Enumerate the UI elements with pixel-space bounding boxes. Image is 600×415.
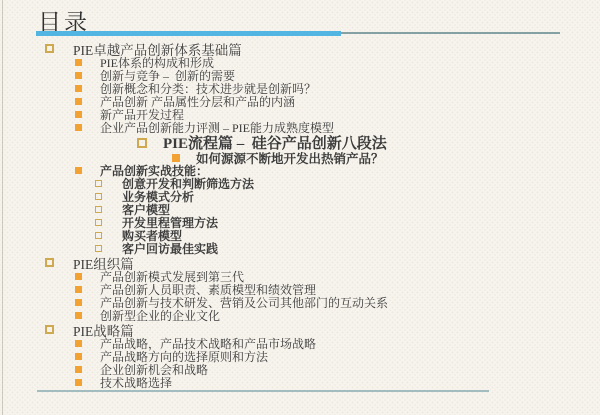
toc-item-text: 客户回访最佳实践 [122,240,218,257]
toc-item-text: 技术战略选择 [100,374,172,391]
square-bullet-icon [95,219,102,226]
square-bullet-icon [75,85,82,92]
square-bullet-icon [45,44,54,53]
square-bullet-icon [75,340,82,347]
toc-item: 业务模式分析 [95,190,600,203]
square-bullet-icon [95,232,102,239]
square-bullet-icon [45,258,54,267]
slide-canvas: 目录 PIE卓越产品创新体系基础篇 PIE体系的构成和形成 创新与竞争 – 创新… [0,0,600,415]
square-bullet-icon [75,98,82,105]
square-bullet-icon [75,366,82,373]
square-bullet-icon [75,273,82,280]
square-bullet-icon [75,379,82,386]
footer-rule [37,390,489,392]
square-bullet-icon [75,124,82,131]
square-bullet-icon [172,154,180,162]
toc-list: PIE卓越产品创新体系基础篇 PIE体系的构成和形成 创新与竞争 – 创新的需要… [0,41,600,389]
toc-item: 客户回访最佳实践 [95,242,600,255]
square-bullet-icon [75,299,82,306]
square-bullet-icon [75,286,82,293]
square-bullet-icon [95,245,102,252]
square-bullet-icon [75,111,82,118]
square-bullet-icon [75,167,82,174]
title-underline-accent [36,31,341,36]
toc-item-text: 如何源源不断地开发出热销产品？ [196,149,384,167]
square-bullet-icon [95,206,102,213]
title-underline-rule [341,32,560,34]
toc-item: 技术战略选择 [75,376,600,389]
square-bullet-icon [75,72,82,79]
square-bullet-icon [75,353,82,360]
square-bullet-icon [75,59,82,66]
square-bullet-icon [75,312,82,319]
square-bullet-icon [45,325,54,334]
square-bullet-icon [137,138,147,148]
square-bullet-icon [95,180,102,187]
square-bullet-icon [95,193,102,200]
